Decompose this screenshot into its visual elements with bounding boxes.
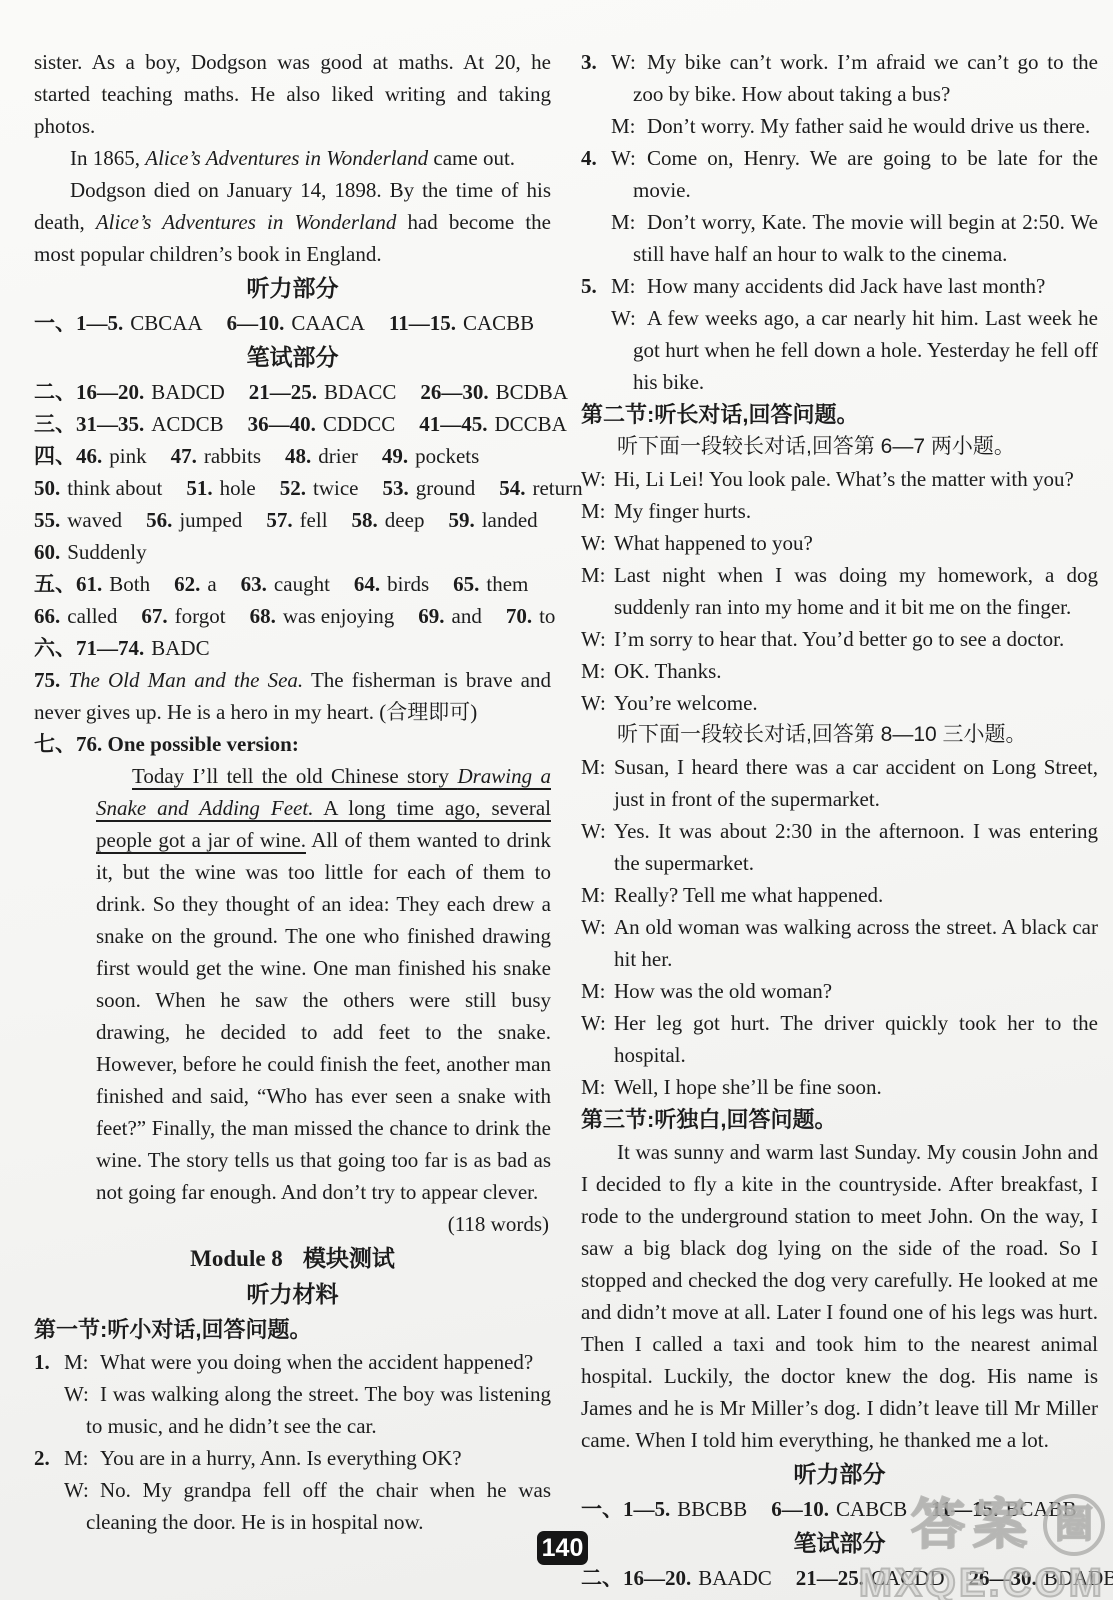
answer-line: 四、46.pink47.rabbits48.drier49.pockets xyxy=(34,440,551,472)
answer-number: 58. xyxy=(352,508,378,532)
speaker-label: M: xyxy=(611,206,647,238)
answer-group: 65.them xyxy=(453,572,528,596)
dialogue-line: M:Last night when I was doing my homewor… xyxy=(581,559,1098,623)
answer-group: 21—25.CACDD xyxy=(796,1566,945,1590)
answer-group: 54.return xyxy=(499,476,582,500)
dialogue-text: Don’t worry, Kate. The movie will begin … xyxy=(633,210,1098,266)
dialogue-number: 2. xyxy=(34,1442,64,1474)
answer-group: 62.a xyxy=(174,572,217,596)
dialogue-text: You’re welcome. xyxy=(614,691,758,715)
answer-line: 50.think about51.hole52.twice53.ground54… xyxy=(34,472,551,504)
speaker-label: W: xyxy=(581,463,614,495)
answer-value: them xyxy=(486,572,528,596)
answer-line: 六、71—74.BADC xyxy=(34,632,551,664)
answer-group: 一、1—5.BBCBB xyxy=(581,1497,747,1521)
answer-group: 五、61.Both xyxy=(34,572,150,596)
speaker-label: W: xyxy=(581,527,614,559)
dialogue-number: 1. xyxy=(34,1346,64,1378)
answer-number: 一、1—5. xyxy=(34,311,123,335)
answer-group: 60.Suddenly xyxy=(34,540,147,564)
dialogue-line: W:I’m sorry to hear that. You’d better g… xyxy=(581,623,1098,655)
answer-number: 二、16—20. xyxy=(34,380,144,404)
answer-value: Suddenly xyxy=(67,540,146,564)
answer-value: CAACA xyxy=(291,311,365,335)
answer-value: Both xyxy=(109,572,150,596)
answer-line: 66.called67.forgot68.was enjoying69.and7… xyxy=(34,600,551,632)
answer-group: 70.to xyxy=(506,604,556,628)
dialogue-line: M:Don’t worry. My father said he would d… xyxy=(581,110,1098,142)
dialogue-line: 4.W:Come on, Henry. We are going to be l… xyxy=(581,142,1098,206)
answer-number: 69. xyxy=(418,604,444,628)
answer-number: 21—25. xyxy=(249,380,317,404)
answer-value: to xyxy=(539,604,555,628)
answer-book-page: sister. As a boy, Dodgson was good at ma… xyxy=(0,0,1113,1600)
text-run: In 1865, xyxy=(70,146,145,170)
answer-line: 60.Suddenly xyxy=(34,536,551,568)
answer-number: 57. xyxy=(266,508,292,532)
dialogue-line: M:Susan, I heard there was a car acciden… xyxy=(581,751,1098,815)
right-column: 3.W:My bike can’t work. I’m afraid we ca… xyxy=(581,46,1098,1594)
answer-value: a xyxy=(207,572,216,596)
dialogue-line: W:You’re welcome. xyxy=(581,687,1098,719)
answer-number: 65. xyxy=(453,572,479,596)
dialogue-text: Don’t worry. My father said he would dri… xyxy=(647,114,1090,138)
answer-number: 53. xyxy=(382,476,408,500)
answer-number: 60. xyxy=(34,540,60,564)
listening-material-header: 听力材料 xyxy=(34,1277,551,1312)
answer-group: 二、16—20.BADCD xyxy=(34,380,225,404)
module-8-header: Module 8模块测试 xyxy=(34,1241,551,1276)
dialogue-section-1: 1.M:What were you doing when the acciden… xyxy=(34,1346,551,1538)
answer-value: called xyxy=(67,604,117,628)
answer-value: CACBB xyxy=(463,311,534,335)
dialogue-text: Come on, Henry. We are going to be late … xyxy=(633,146,1098,202)
answer-group: 26—30.BDADB xyxy=(969,1566,1113,1590)
answer-group: 57.fell xyxy=(266,508,327,532)
speaker-label: M: xyxy=(581,975,614,1007)
speaker-label: M: xyxy=(581,879,614,911)
answer-value: twice xyxy=(313,476,358,500)
text-run: All of them wanted to drink it, but the … xyxy=(96,828,551,1204)
answer-group: 56.jumped xyxy=(146,508,242,532)
answer-number: 54. xyxy=(499,476,525,500)
dialogue-section-2b: M:Susan, I heard there was a car acciden… xyxy=(581,751,1098,1103)
answer-value: BBCBB xyxy=(677,1497,747,1521)
answer-group: 六、71—74.BADC xyxy=(34,636,210,660)
answer-value: BADC xyxy=(151,636,209,660)
answer-number: 59. xyxy=(448,508,474,532)
answer-number: 68. xyxy=(250,604,276,628)
dialogue-line: M:How was the old woman? xyxy=(581,975,1098,1007)
essay-block: Today I’ll tell the old Chinese story Dr… xyxy=(96,760,551,1208)
answer-group: 36—40.CDDCC xyxy=(248,412,396,436)
dialogue-line: 2.M:You are in a hurry, Ann. Is everythi… xyxy=(34,1442,551,1474)
answer-group: 55.waved xyxy=(34,508,122,532)
monologue-paragraph: It was sunny and warm last Sunday. My co… xyxy=(581,1136,1098,1456)
answer-number: 75. xyxy=(34,668,60,692)
answer-group: 64.birds xyxy=(354,572,429,596)
dialogue-text: I’m sorry to hear that. You’d better go … xyxy=(614,627,1064,651)
dialogue-text: An old woman was walking across the stre… xyxy=(614,915,1098,971)
dialogue-line: M:OK. Thanks. xyxy=(581,655,1098,687)
dialogue-text: How many accidents did Jack have last mo… xyxy=(647,274,1045,298)
answer-group: 6—10.CAACA xyxy=(227,311,365,335)
answer-value: CACDD xyxy=(871,1566,945,1590)
answer-line: 二、16—20.BAADC21—25.CACDD26—30.BDADB xyxy=(581,1562,1098,1594)
answer-value: jumped xyxy=(179,508,242,532)
answer-number: 21—25. xyxy=(796,1566,864,1590)
dialogue-number: 5. xyxy=(581,270,611,302)
answer-group: 四、46.pink xyxy=(34,444,147,468)
dialogue-number: 4. xyxy=(581,142,611,174)
answer-group: 58.deep xyxy=(352,508,425,532)
answer-group: 66.called xyxy=(34,604,117,628)
answer-group: 11—15.CACBB xyxy=(389,311,534,335)
answer-value: DCCBA xyxy=(494,412,566,436)
dialogue-text: My finger hurts. xyxy=(614,499,751,523)
dialogue-text: What happened to you? xyxy=(614,531,813,555)
answer-value: BDACC xyxy=(324,380,396,404)
speaker-label: M: xyxy=(64,1442,100,1474)
dialogue-intro-6-7: 听下面一段较长对话,回答第 6—7 两小题。 xyxy=(581,431,1098,463)
answer-75: 75. The Old Man and the Sea. The fisherm… xyxy=(34,664,551,728)
answer-number: 41—45. xyxy=(419,412,487,436)
dialogue-text: Hi, Li Lei! You look pale. What’s the ma… xyxy=(614,467,1074,491)
dialogue-text: How was the old woman? xyxy=(614,979,832,1003)
dialogue-text: Susan, I heard there was a car accident … xyxy=(614,755,1098,811)
answer-value: landed xyxy=(482,508,538,532)
dialogue-line: W:Her leg got hurt. The driver quickly t… xyxy=(581,1007,1098,1071)
answer-76-label: 七、76. One possible version: xyxy=(34,728,551,760)
answer-group: 41—45.DCCBA xyxy=(419,412,567,436)
dialogue-number: 3. xyxy=(581,46,611,78)
section-2-header: 第二节:听长对话,回答问题。 xyxy=(581,398,1098,431)
two-column-layout: sister. As a boy, Dodgson was good at ma… xyxy=(0,0,1113,1594)
answer-number: 47. xyxy=(171,444,197,468)
dialogue-text: Her leg got hurt. The driver quickly too… xyxy=(614,1011,1098,1067)
paragraph-1865: In 1865, Alice’s Adventures in Wonderlan… xyxy=(34,142,551,174)
answer-group: 三、31—35.ACDCB xyxy=(34,412,224,436)
dialogue-line: M:My finger hurts. xyxy=(581,495,1098,527)
answer-value: fell xyxy=(300,508,328,532)
answer-value: birds xyxy=(387,572,429,596)
answer-value: BADCD xyxy=(151,380,225,404)
dialogue-line: 3.W:My bike can’t work. I’m afraid we ca… xyxy=(581,46,1098,110)
book-title-italic: Alice’s Adventures in Wonderland xyxy=(96,210,397,234)
answer-number: 三、31—35. xyxy=(34,412,144,436)
text-run: Today I’ll tell the old Chinese story xyxy=(132,764,457,788)
answer-value: hole xyxy=(220,476,256,500)
answer-number: 26—30. xyxy=(420,380,488,404)
dialogue-text: Really? Tell me what happened. xyxy=(614,883,883,907)
answer-value: pockets xyxy=(415,444,479,468)
answer-group: 21—25.BDACC xyxy=(249,380,397,404)
answer-group: 52.twice xyxy=(280,476,359,500)
speaker-label: M: xyxy=(581,751,614,783)
answer-group: 一、1—5.CBCAA xyxy=(34,311,203,335)
answer-value: and xyxy=(452,604,482,628)
answer-number: 48. xyxy=(285,444,311,468)
answer-number: 52. xyxy=(280,476,306,500)
speaker-label: W: xyxy=(581,687,614,719)
answer-value: deep xyxy=(385,508,425,532)
book-title-italic: The Old Man and the Sea. xyxy=(68,668,303,692)
answer-group: 50.think about xyxy=(34,476,162,500)
speaker-label: W: xyxy=(581,623,614,655)
speaker-label: W: xyxy=(581,1007,614,1039)
dialogue-intro-8-10: 听下面一段较长对话,回答第 8—10 三小题。 xyxy=(581,719,1098,751)
answer-group: 68.was enjoying xyxy=(250,604,395,628)
module-header-english: Module 8 xyxy=(190,1246,283,1271)
answer-value: pink xyxy=(109,444,146,468)
dialogue-line: 1.M:What were you doing when the acciden… xyxy=(34,1346,551,1378)
listening-section-header: 听力部分 xyxy=(34,271,551,306)
dialogue-line: M:Really? Tell me what happened. xyxy=(581,879,1098,911)
dialogue-text: No. My grandpa fell off the chair when h… xyxy=(86,1478,551,1534)
answer-value: think about xyxy=(67,476,162,500)
answer-number: 11—15. xyxy=(931,1497,998,1521)
speaker-label: W: xyxy=(64,1378,100,1410)
dialogue-line: W:An old woman was walking across the st… xyxy=(581,911,1098,975)
answer-line: 三、31—35.ACDCB36—40.CDDCC41—45.DCCBA xyxy=(34,408,551,440)
answer-number: 55. xyxy=(34,508,60,532)
module-header-chinese: 模块测试 xyxy=(303,1245,395,1271)
answer-number: 六、71—74. xyxy=(34,636,144,660)
paragraph-dodgson-death: Dodgson died on January 14, 1898. By the… xyxy=(34,174,551,270)
speaker-label: W: xyxy=(64,1474,100,1506)
answer-number: 50. xyxy=(34,476,60,500)
answer-number: 一、1—5. xyxy=(581,1497,670,1521)
dialogue-line: W:A few weeks ago, a car nearly hit him.… xyxy=(581,302,1098,398)
answer-group: 26—30.BCDBA xyxy=(420,380,568,404)
answer-value: CBCAA xyxy=(130,311,202,335)
essay-paragraph: Today I’ll tell the old Chinese story Dr… xyxy=(96,760,551,1208)
answer-number: 62. xyxy=(174,572,200,596)
answer-value: return xyxy=(532,476,582,500)
answer-number: 67. xyxy=(141,604,167,628)
answer-group: 11—15.BCABB xyxy=(931,1497,1076,1521)
answer-value: CDDCC xyxy=(323,412,395,436)
answer-line: 五、61.Both62.a63.caught64.birds65.them xyxy=(34,568,551,600)
answer-value: forgot xyxy=(175,604,226,628)
answer-number: 6—10. xyxy=(771,1497,829,1521)
answer-number: 五、61. xyxy=(34,572,102,596)
dialogue-section-1-continued: 3.W:My bike can’t work. I’m afraid we ca… xyxy=(581,46,1098,398)
answer-number: 二、16—20. xyxy=(581,1566,691,1590)
answer-group: 47.rabbits xyxy=(171,444,261,468)
answer-group: 53.ground xyxy=(382,476,475,500)
speaker-label: W: xyxy=(581,815,614,847)
dialogue-section-2a: W:Hi, Li Lei! You look pale. What’s the … xyxy=(581,463,1098,719)
answer-number: 四、46. xyxy=(34,444,102,468)
dialogue-text: My bike can’t work. I’m afraid we can’t … xyxy=(633,50,1098,106)
section-1-header: 第一节:听小对话,回答问题。 xyxy=(34,1313,551,1346)
dialogue-line: 5.M:How many accidents did Jack have las… xyxy=(581,270,1098,302)
answer-number: 51. xyxy=(186,476,212,500)
answer-group: 6—10.CABCB xyxy=(771,1497,907,1521)
continued-paragraph: sister. As a boy, Dodgson was good at ma… xyxy=(34,46,551,142)
dialogue-text: Yes. It was about 2:30 in the afternoon.… xyxy=(614,819,1098,875)
page-number-badge: 140 xyxy=(537,1531,588,1565)
answer-number: 49. xyxy=(382,444,408,468)
dialogue-line: W:I was walking along the street. The bo… xyxy=(34,1378,551,1442)
answer-value: BCDBA xyxy=(496,380,568,404)
text-run: came out. xyxy=(428,146,515,170)
book-title-italic: Alice’s Adventures in Wonderland xyxy=(145,146,428,170)
dialogue-text: What were you doing when the accident ha… xyxy=(100,1350,533,1374)
answer-group: 51.hole xyxy=(186,476,255,500)
listening-section-header: 听力部分 xyxy=(581,1457,1098,1492)
answer-number: 63. xyxy=(241,572,267,596)
answer-value: ground xyxy=(416,476,476,500)
answer-number: 56. xyxy=(146,508,172,532)
word-count: (118 words) xyxy=(34,1208,551,1240)
answer-value: ACDCB xyxy=(151,412,223,436)
answer-number: 36—40. xyxy=(248,412,316,436)
dialogue-text: You are in a hurry, Ann. Is everything O… xyxy=(100,1446,462,1470)
answer-number: 64. xyxy=(354,572,380,596)
answer-group: 67.forgot xyxy=(141,604,225,628)
answer-group: 69.and xyxy=(418,604,482,628)
dialogue-text: A few weeks ago, a car nearly hit him. L… xyxy=(633,306,1098,394)
dialogue-text: OK. Thanks. xyxy=(614,659,722,683)
speaker-label: W: xyxy=(611,46,647,78)
answer-value: BAADC xyxy=(698,1566,772,1590)
left-column: sister. As a boy, Dodgson was good at ma… xyxy=(34,46,551,1594)
speaker-label: M: xyxy=(581,495,614,527)
answer-value: BDADB xyxy=(1044,1566,1113,1590)
answer-group: 49.pockets xyxy=(382,444,479,468)
speaker-label: W: xyxy=(581,911,614,943)
answer-group: 二、16—20.BAADC xyxy=(581,1566,772,1590)
written-section-header: 笔试部分 xyxy=(34,340,551,375)
answer-group: 59.landed xyxy=(448,508,537,532)
dialogue-text: Last night when I was doing my homework,… xyxy=(614,563,1098,619)
speaker-label: M: xyxy=(581,559,614,591)
speaker-label: M: xyxy=(581,655,614,687)
dialogue-text: Well, I hope she’ll be fine soon. xyxy=(614,1075,882,1099)
answer-number: 70. xyxy=(506,604,532,628)
dialogue-line: W:Yes. It was about 2:30 in the afternoo… xyxy=(581,815,1098,879)
answer-value: BCABB xyxy=(1005,1497,1076,1521)
dialogue-line: M:Don’t worry, Kate. The movie will begi… xyxy=(581,206,1098,270)
answer-line: 一、1—5.BBCBB6—10.CABCB11—15.BCABB xyxy=(581,1493,1098,1525)
answer-value: caught xyxy=(274,572,330,596)
answer-line: 一、1—5.CBCAA6—10.CAACA11—15.CACBB xyxy=(34,307,551,339)
answer-number: 6—10. xyxy=(227,311,285,335)
answer-line: 二、16—20.BADCD21—25.BDACC26—30.BCDBA xyxy=(34,376,551,408)
answer-number: 26—30. xyxy=(969,1566,1037,1590)
speaker-label: M: xyxy=(581,1071,614,1103)
answer-group: 63.caught xyxy=(241,572,330,596)
answer-number: 11—15. xyxy=(389,311,456,335)
answer-value: waved xyxy=(67,508,122,532)
answer-line: 55.waved56.jumped57.fell58.deep59.landed xyxy=(34,504,551,536)
answer-value: drier xyxy=(318,444,358,468)
dialogue-line: M:Well, I hope she’ll be fine soon. xyxy=(581,1071,1098,1103)
section-3-header: 第三节:听独白,回答问题。 xyxy=(581,1103,1098,1136)
speaker-label: M: xyxy=(611,270,647,302)
answer-value: rabbits xyxy=(204,444,261,468)
dialogue-text: I was walking along the street. The boy … xyxy=(86,1382,551,1438)
answer-value: CABCB xyxy=(836,1497,907,1521)
dialogue-line: W:No. My grandpa fell off the chair when… xyxy=(34,1474,551,1538)
dialogue-line: W:What happened to you? xyxy=(581,527,1098,559)
speaker-label: W: xyxy=(611,142,647,174)
answer-number: 66. xyxy=(34,604,60,628)
written-section-header: 笔试部分 xyxy=(581,1526,1098,1561)
dialogue-line: W:Hi, Li Lei! You look pale. What’s the … xyxy=(581,463,1098,495)
answer-value: was enjoying xyxy=(283,604,394,628)
speaker-label: M: xyxy=(611,110,647,142)
speaker-label: M: xyxy=(64,1346,100,1378)
answer-group: 48.drier xyxy=(285,444,358,468)
speaker-label: W: xyxy=(611,302,647,334)
